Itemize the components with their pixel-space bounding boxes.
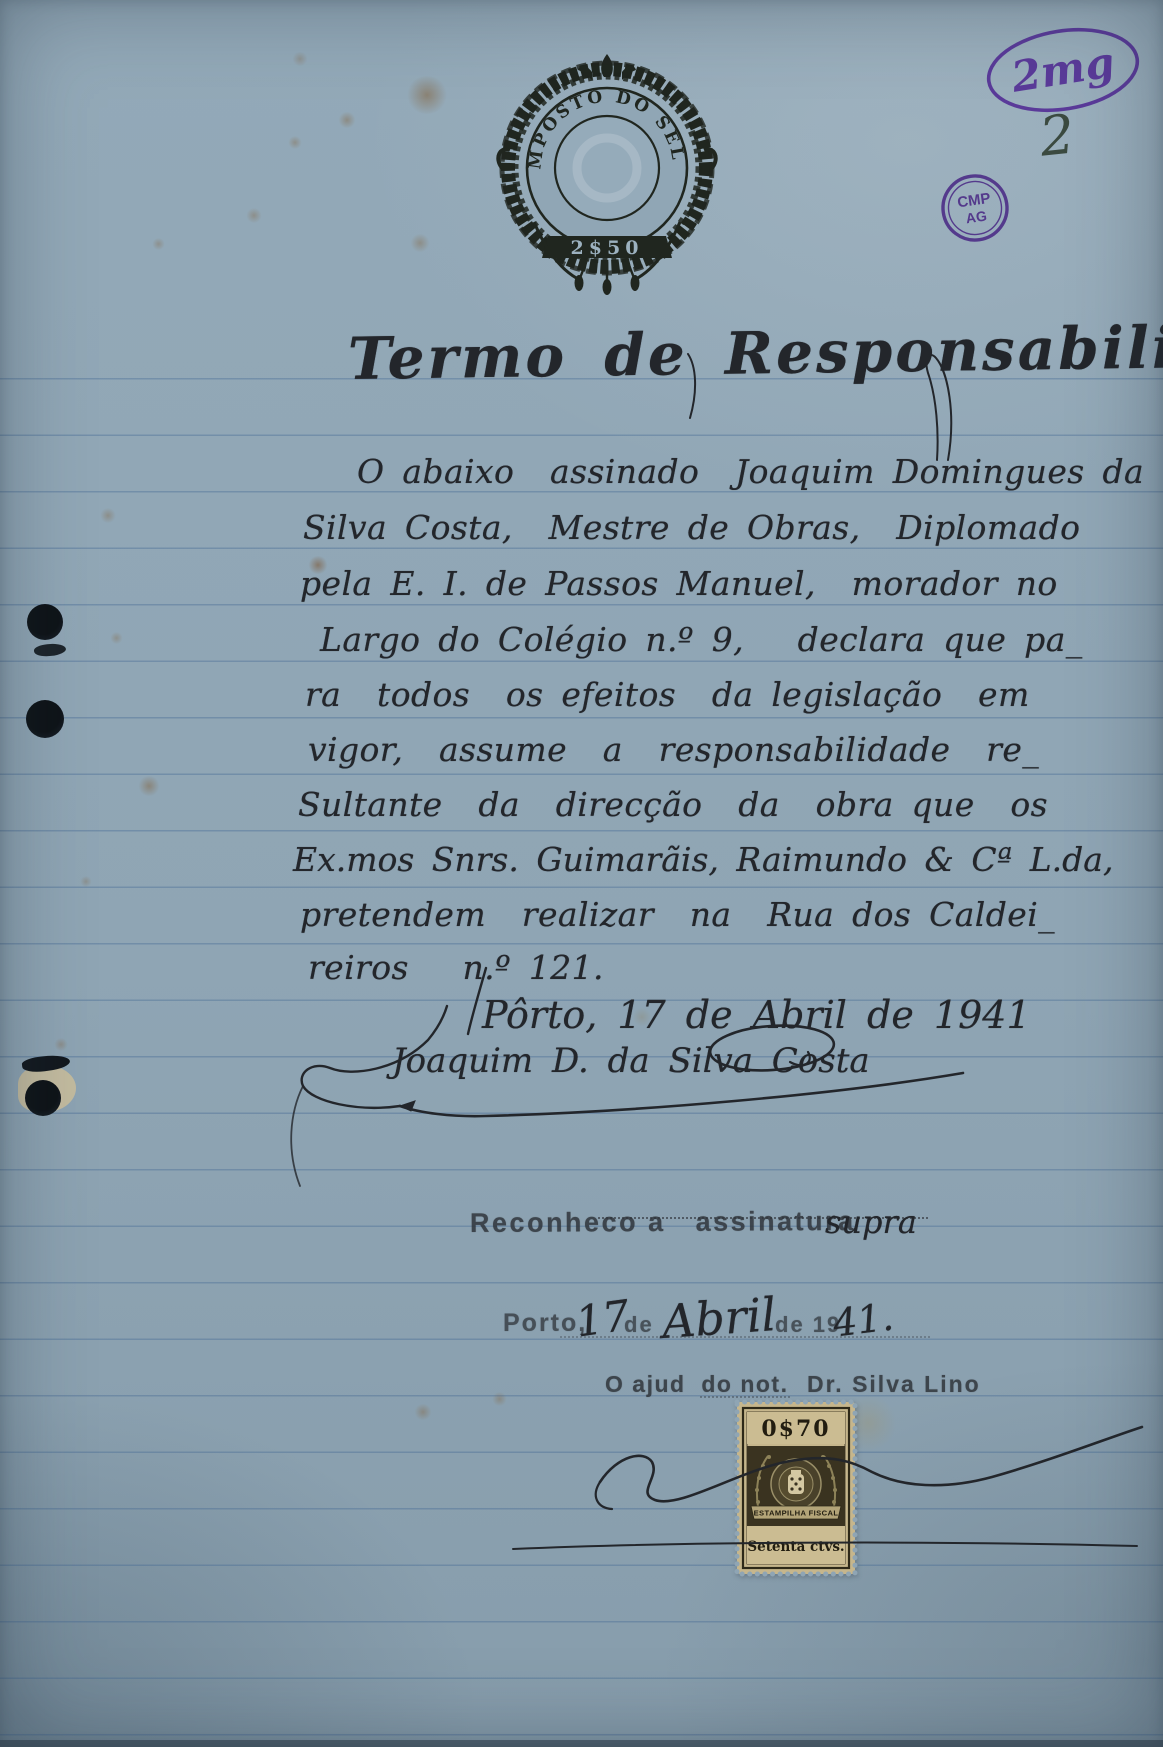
body-line: Ex.mos Snrs. Guimarãis, Raimundo & Cª L.… xyxy=(293,840,1113,879)
body-line: O abaixo assinado Joaquim Domingues da xyxy=(357,452,1144,491)
document-page: IMPOSTO DO SELO 2$50 2mg 2 CMP AG Termo … xyxy=(0,0,1163,1747)
revenue-stamp: 0$70 ESTAMPILHA FISCAL Setenta ctvs. xyxy=(735,1400,857,1576)
age-spot xyxy=(338,112,356,128)
age-spot xyxy=(246,208,262,223)
revenue-stamp-banner: ESTAMPILHA FISCAL xyxy=(754,1509,839,1518)
revenue-stamp-denomination: Setenta ctvs. xyxy=(747,1539,844,1555)
date-underline xyxy=(560,1336,930,1338)
age-spot xyxy=(288,136,302,149)
seal-value: 2$50 xyxy=(571,237,644,259)
cmp-ag-round-stamp: CMP AG xyxy=(938,170,1012,246)
body-line: ra todos os efeitos da legislação em xyxy=(305,675,1030,714)
body-line: reiros n.º 121. xyxy=(308,948,604,987)
document-title: Termo de Responsabilidade xyxy=(348,311,1163,393)
body-line: Largo do Colégio n.º 9, declara que pa_ xyxy=(320,620,1083,659)
official-underline xyxy=(700,1396,790,1398)
notary-de-stamp: de xyxy=(624,1312,654,1338)
notary-month: Abril xyxy=(660,1287,778,1349)
imposto-do-selo-seal: IMPOSTO DO SELO 2$50 xyxy=(492,50,722,292)
punch-hole xyxy=(25,1080,61,1116)
dateline: Pôrto, 17 de Abril de 1941 xyxy=(482,993,1031,1037)
notary-official-stamp: O ajud do not. xyxy=(605,1371,788,1398)
cmp-stamp-line1: CMP xyxy=(956,190,991,211)
age-spot xyxy=(410,234,430,252)
revenue-stamp-value: 0$70 xyxy=(761,1416,830,1442)
body-line: vigor, assume a responsabilidade re_ xyxy=(308,730,1039,769)
age-spot xyxy=(406,76,448,114)
circled-annotation: 2mg xyxy=(983,22,1145,118)
body-line: pretendem realizar na Rua dos Caldei_ xyxy=(300,895,1055,934)
recognition-supra: supra xyxy=(825,1203,917,1241)
punch-hole xyxy=(27,604,63,640)
notary-recognition-stamp: Reconheco a assinatura xyxy=(470,1206,856,1239)
body-line: pela E. I. de Passos Manuel, morador no xyxy=(300,564,1058,603)
cmp-stamp-line2: AG xyxy=(965,208,988,227)
age-spot xyxy=(152,238,165,250)
body-line: Silva Costa, Mestre de Obras, Diplomado xyxy=(303,508,1080,547)
page-bottom-edge xyxy=(0,1740,1163,1747)
circled-annotation-text: 2mg xyxy=(1007,37,1117,102)
notary-official-name: Dr. Silva Lino xyxy=(807,1371,981,1398)
seal-crown-icon xyxy=(601,54,613,77)
age-spot xyxy=(292,52,308,66)
punch-hole xyxy=(26,700,64,738)
signature-name: Joaquim D. da Silva Costa xyxy=(392,1041,870,1081)
body-line: Sultante da direcção da obra que os xyxy=(298,785,1048,824)
